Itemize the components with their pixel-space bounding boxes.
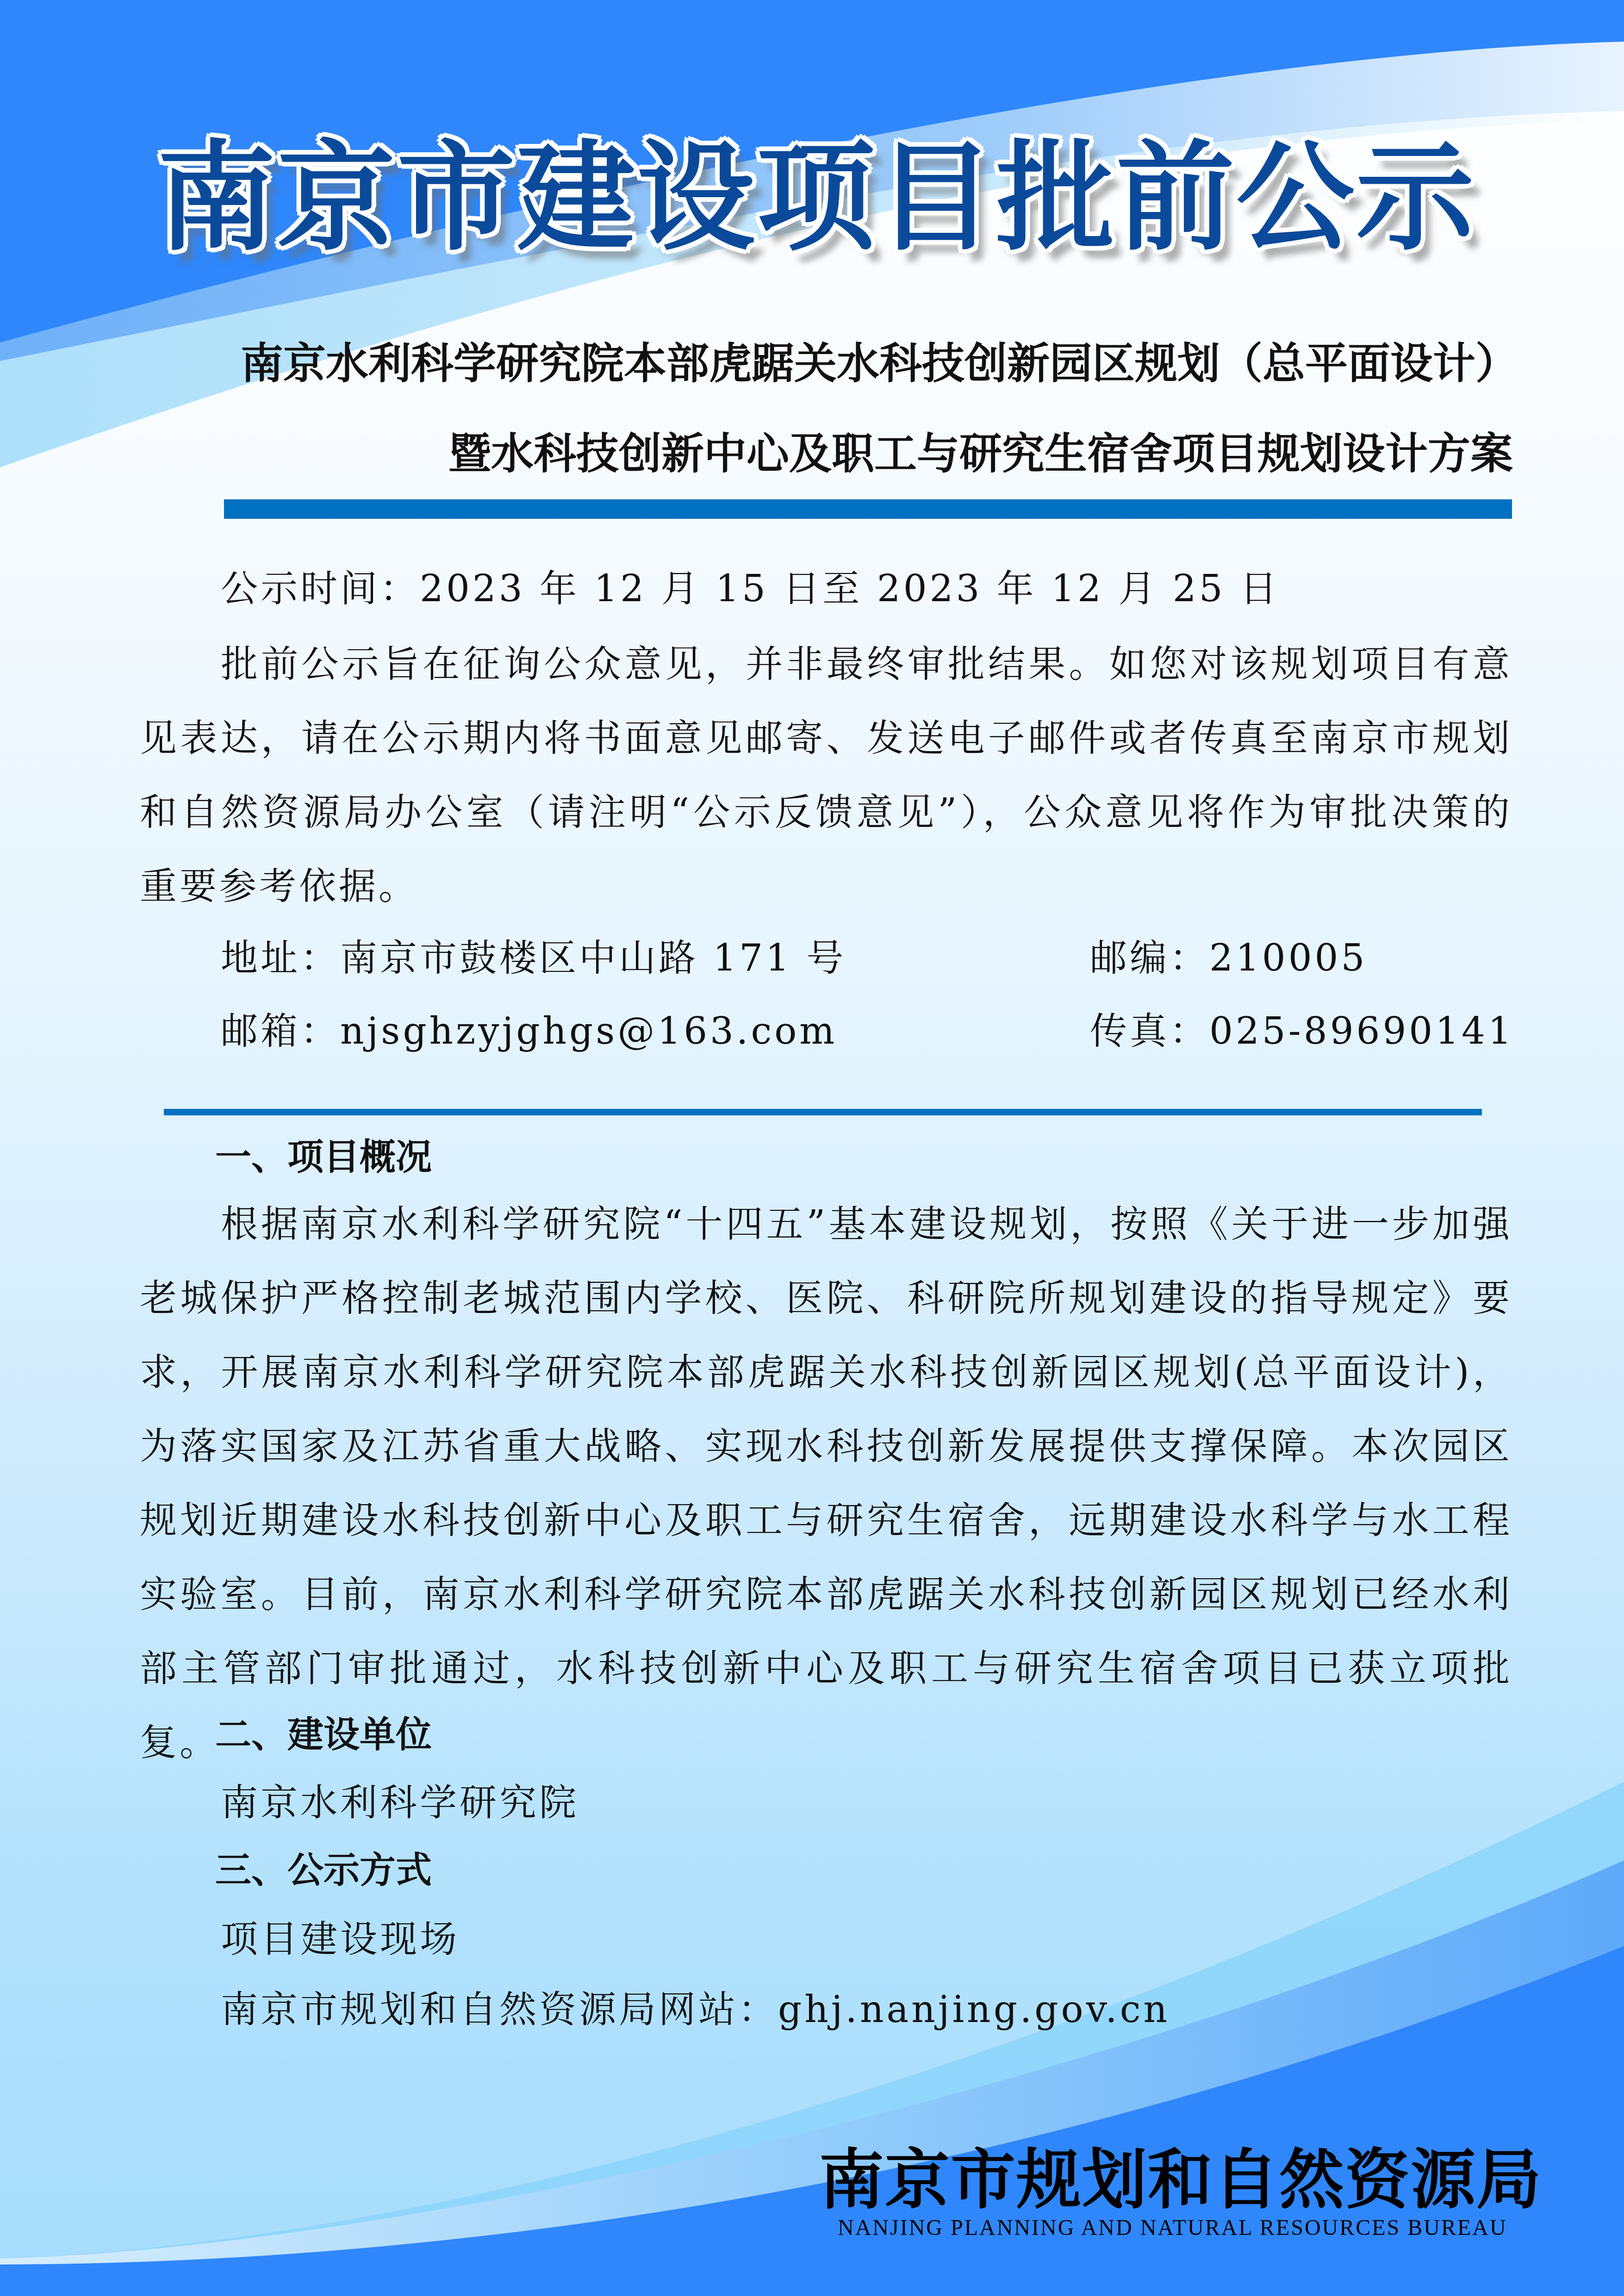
address-row: 地址：南京市鼓楼区中山路 171 号 <box>221 940 846 977</box>
fax-row: 传真：025-89690141 <box>1090 1013 1514 1050</box>
section-heading-developer: 二、建设单位 <box>215 1717 432 1753</box>
website-link[interactable]: ghj.nanjing.gov.cn <box>778 1988 1170 2031</box>
section-heading-overview: 一、项目概况 <box>215 1139 432 1176</box>
postcode-value: 210005 <box>1209 936 1367 979</box>
email-label: 邮箱： <box>221 1009 340 1052</box>
postcode-label: 邮编： <box>1090 936 1209 979</box>
project-title-line1: 南京水利科学研究院本部虎踞关水科技创新园区规划（总平面设计） <box>241 342 1518 385</box>
page-title: 南京市建设项目批前公示 <box>0 139 1624 257</box>
fax-label: 传真： <box>1090 1009 1209 1052</box>
email-row: 邮箱：njsghzyjghgs@163.com <box>221 1013 837 1050</box>
divider-thick <box>224 499 1512 519</box>
developer-name: 南京水利科学研究院 <box>221 1784 579 1821</box>
footer-org-name-en: NANJING PLANNING AND NATURAL RESOURCES B… <box>838 2217 1507 2239</box>
postcode-row: 邮编：210005 <box>1090 940 1367 977</box>
divider-thin <box>164 1109 1482 1115</box>
project-title-line2: 暨水科技创新中心及职工与研究生宿舍项目规划设计方案 <box>448 433 1513 475</box>
section-heading-method: 三、公示方式 <box>215 1853 432 1889</box>
address-label: 地址： <box>221 936 340 979</box>
method-site: 项目建设现场 <box>221 1921 460 1958</box>
email-link[interactable]: njsghzyjghgs@163.com <box>340 1009 837 1052</box>
method-website-row: 南京市规划和自然资源局网站：ghj.nanjing.gov.cn <box>221 1991 1170 2028</box>
notice-poster: 南京市建设项目批前公示 南京水利科学研究院本部虎踞关水科技创新园区规划（总平面设… <box>0 0 1624 2296</box>
section-body-overview: 根据南京水利科学研究院“十四五”基本建设规划，按照《关于进一步加强老城保护严格控… <box>140 1187 1512 1780</box>
website-label: 南京市规划和自然资源局网站： <box>221 1988 778 2031</box>
footer-org-name: 南京市规划和自然资源局 <box>819 2147 1542 2212</box>
notice-period: 公示时间：2023 年 12 月 15 日至 2023 年 12 月 25 日 <box>221 570 1280 607</box>
fax-value: 025-89690141 <box>1209 1009 1514 1052</box>
notice-statement: 批前公示旨在征询公众意见，并非最终审批结果。如您对该规划项目有意见表达，请在公示… <box>140 627 1512 923</box>
address-value: 南京市鼓楼区中山路 171 号 <box>340 936 846 979</box>
